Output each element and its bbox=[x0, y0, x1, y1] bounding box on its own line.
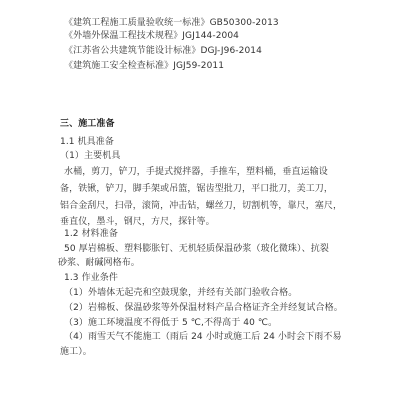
subsection-heading: 1.1 机具准备 bbox=[60, 136, 114, 148]
condition-item: 施工）。 bbox=[60, 346, 92, 358]
paragraph-line: 备，铁锹，铲刀，脚手架或吊篮，锯齿型批刀，平口批刀，美工刀， bbox=[60, 183, 333, 195]
paragraph-line: 砂浆、耐碱网格布。 bbox=[58, 257, 140, 269]
document-page: 《建筑工程施工质量验收统一标准》GB50300-2013 《外墙外保温工程技术规… bbox=[0, 0, 400, 399]
reference-standard: 《外墙外保温工程技术规程》JGJ144-2004 bbox=[64, 30, 239, 42]
condition-item: （2）岩棉板、保温砂浆等外保温材料产品合格证齐全并经复试合格。 bbox=[64, 302, 343, 314]
paragraph-line: 铝合金刮尺，扫帚，滚筒，冲击钻，螺丝刀，切割机等，靠尺，塞尺， bbox=[60, 200, 342, 212]
subsection-heading: 1.3 作业条件 bbox=[64, 272, 118, 284]
condition-item: （3）施工环境温度不得低于 5 ℃,不得高于 40 ℃。 bbox=[64, 317, 277, 329]
paragraph-line: 垂直仪，墨斗，钢尺，方尺，探针等。 bbox=[60, 216, 215, 228]
section-title: 三、施工准备 bbox=[60, 118, 115, 130]
paragraph-line: 水桶，剪刀，铲刀，手提式搅拌器，手推车，塑料桶，垂直运输设 bbox=[64, 166, 328, 178]
subsection-heading: 1.2 材料准备 bbox=[64, 228, 118, 240]
reference-standard: 《建筑工程施工质量验收统一标准》GB50300-2013 bbox=[64, 17, 279, 29]
condition-item: （1）外墙体无起壳和空鼓现象，并经有关部门验收合格。 bbox=[64, 287, 297, 299]
reference-standard: 《建筑施工安全检查标准》JGJ59-2011 bbox=[64, 60, 224, 72]
paragraph-line: 50 厚岩棉板、塑料膨胀钉、无机轻质保温砂浆（玻化微珠）、抗裂 bbox=[64, 243, 329, 255]
condition-item: （4）雨雪天气不能施工（雨后 24 小时或施工后 24 小时会下雨不易 bbox=[64, 331, 342, 343]
list-heading: （1）主要机具 bbox=[60, 150, 120, 162]
reference-standard: 《江苏省公共建筑节能设计标准》DGJ-J96-2014 bbox=[64, 45, 262, 57]
